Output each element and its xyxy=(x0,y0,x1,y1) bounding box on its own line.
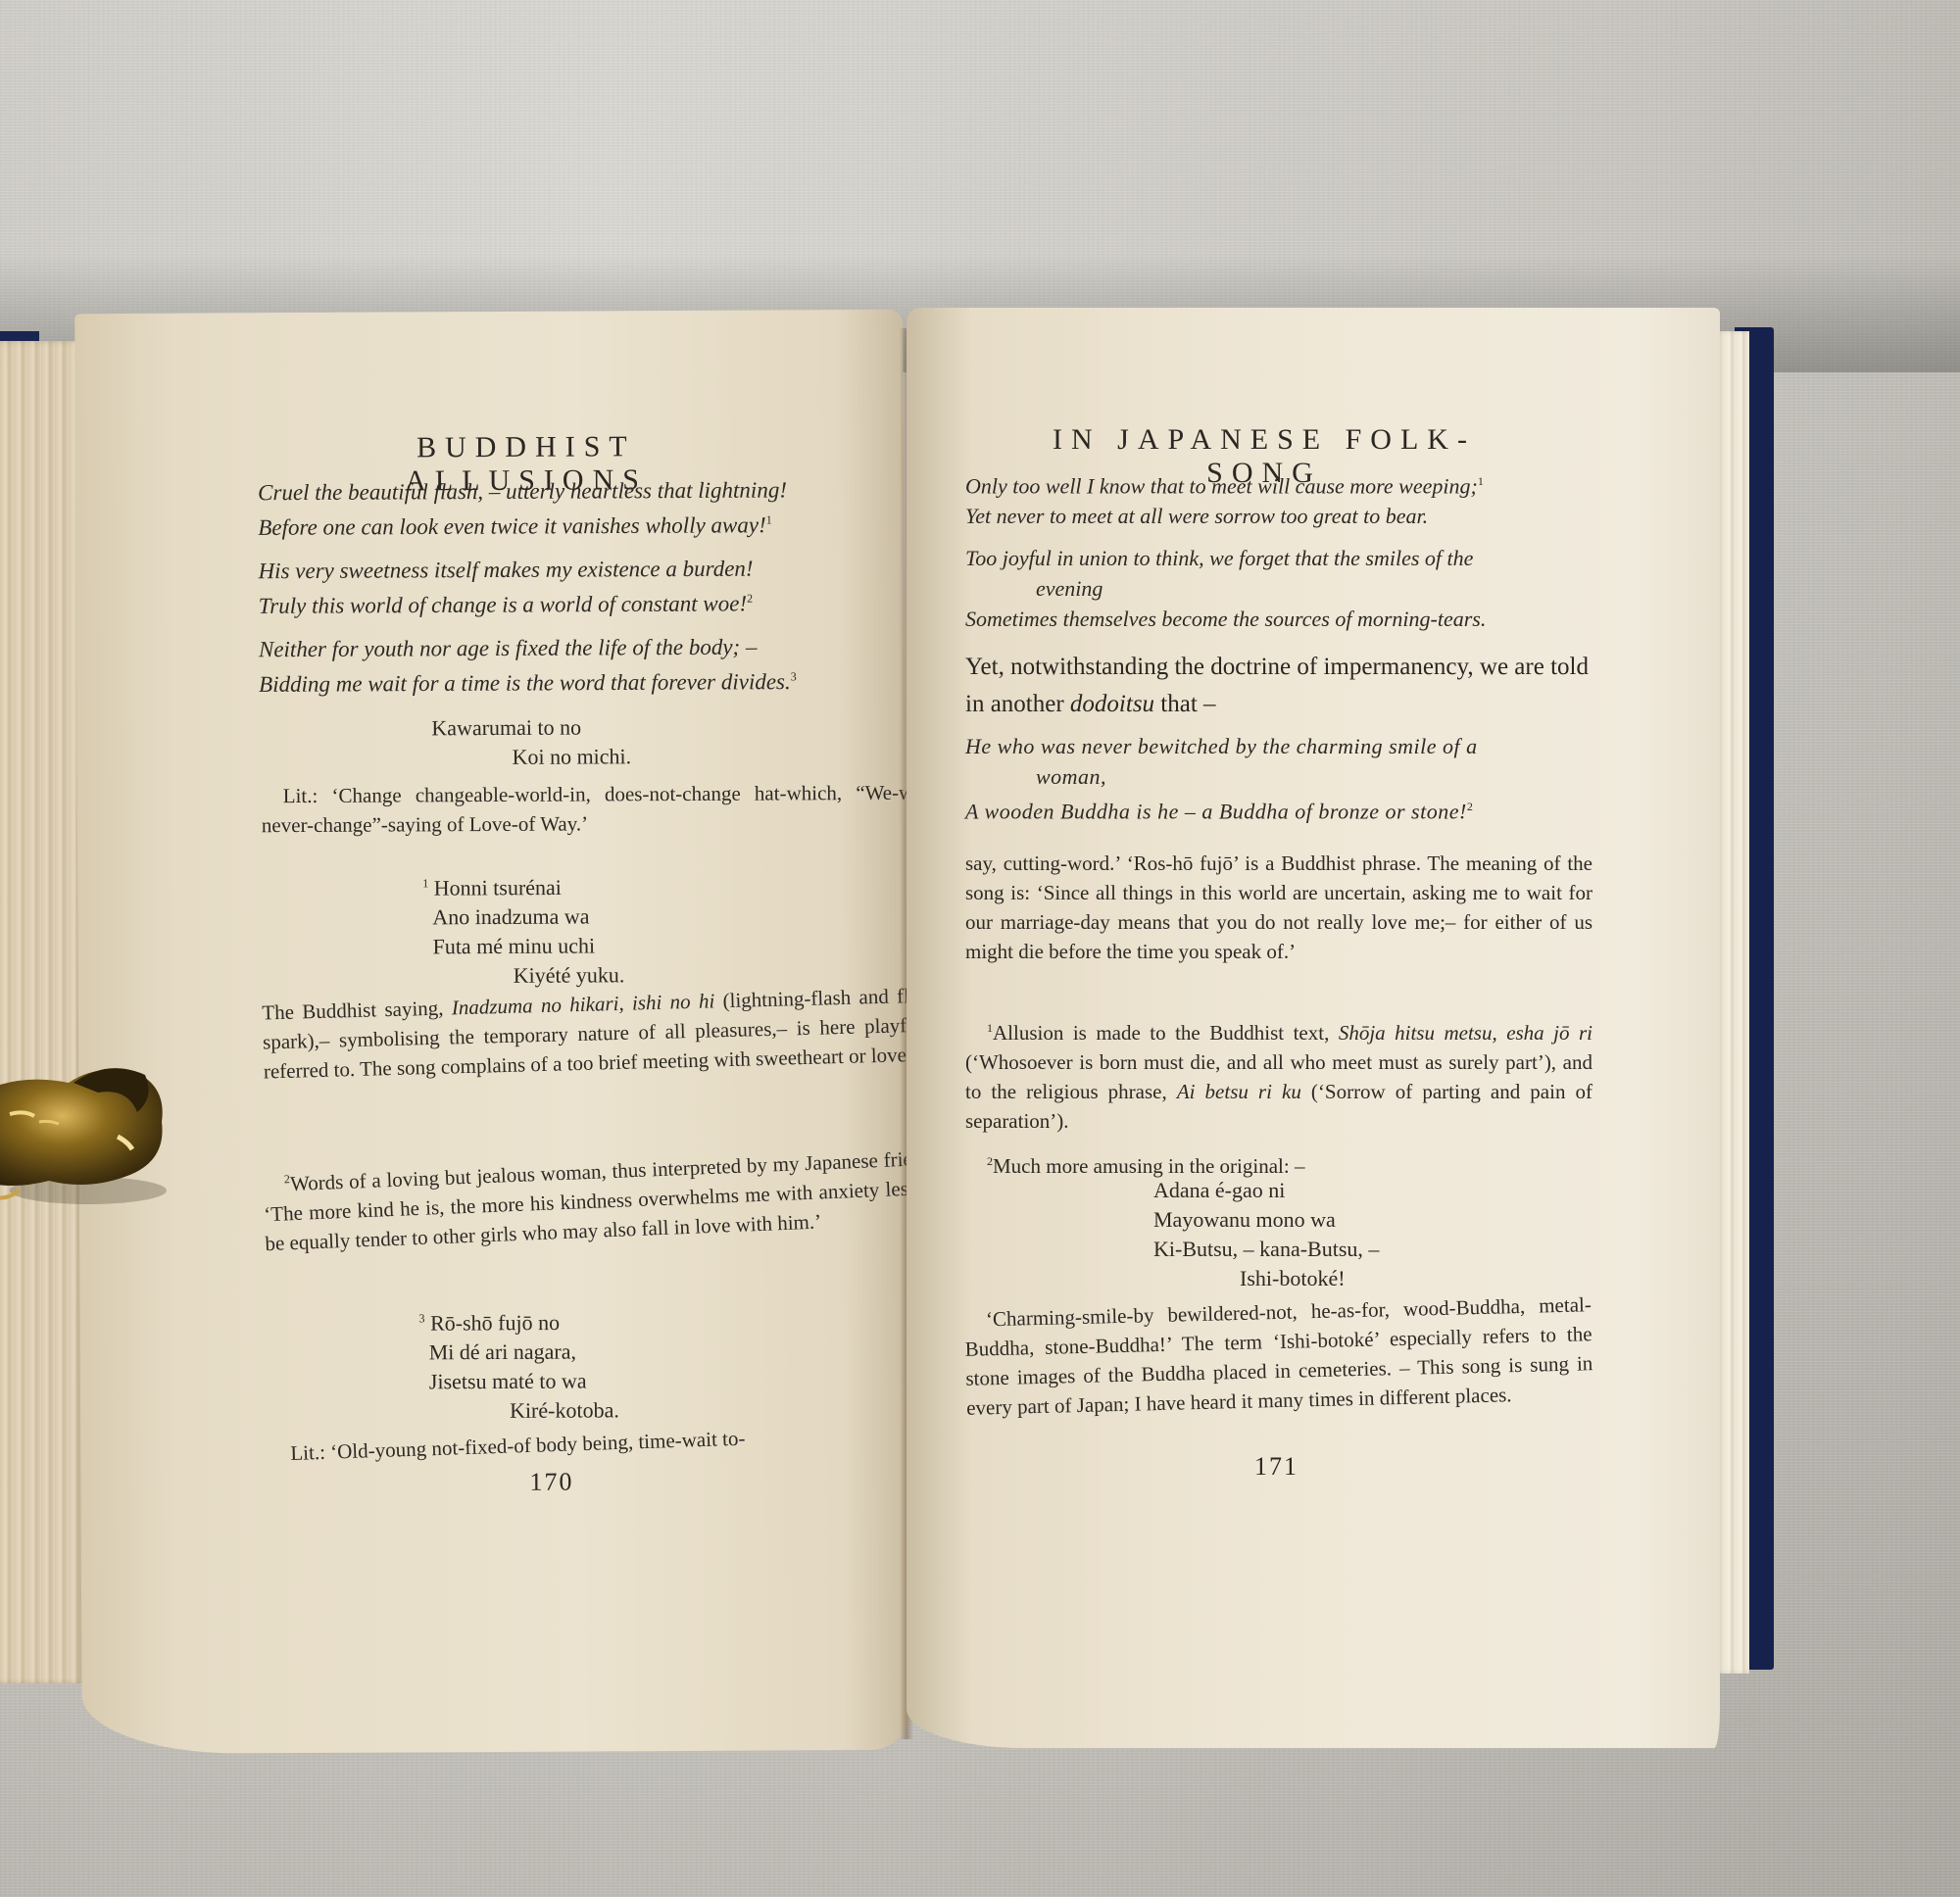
verse-line: Truly this world of change is a world of… xyxy=(259,584,754,621)
literal-translation-1: Lit.: ‘Change changeable-world-in, does-… xyxy=(262,778,938,841)
footnote-2-text: ‘Charming-smile-by bewildered-not, he-as… xyxy=(964,1289,1594,1423)
verse-line: Before one can look even twice it vanish… xyxy=(258,505,787,542)
page-stack-left xyxy=(0,341,83,1683)
footnote-1-right: 1Allusion is made to the Buddhist text, … xyxy=(965,1013,1592,1136)
verse-3: Neither for youth nor age is fixed the l… xyxy=(259,631,797,700)
footnote-2: 2Words of a loving but jealous woman, th… xyxy=(262,1139,941,1259)
brass-figurine-icon xyxy=(0,1044,176,1210)
body-paragraph: Yet, notwithstanding the doctrine of imp… xyxy=(965,649,1592,723)
footnote-1-romaji: 1 Honni tsurénai Ano inadzuma wa Futa mé… xyxy=(422,867,624,991)
page-number-right: 171 xyxy=(1254,1452,1298,1482)
verse-line: Neither for youth nor age is fixed the l… xyxy=(259,631,797,664)
verse-1: Cruel the beautiful flash, – utterly hea… xyxy=(258,474,787,542)
right-page: IN JAPANESE FOLK-SONG Only too well I kn… xyxy=(906,308,1720,1748)
verse-line: Bidding me wait for a time is the word t… xyxy=(259,661,797,700)
romaji-block-kawarumai: Kawarumai to no Koi no michi. xyxy=(431,712,631,772)
continued-footnote: say, cutting-word.’ ‘Ros-hō fujō’ is a B… xyxy=(965,849,1592,966)
left-page: BUDDHIST ALLUSIONS Cruel the beautiful f… xyxy=(74,310,910,1754)
verse-line: Cruel the beautiful flash, – utterly hea… xyxy=(258,474,787,508)
verse-2-right: Too joyful in union to think, we forget … xyxy=(965,543,1486,634)
verse-line: His very sweetness itself makes my exist… xyxy=(258,554,753,587)
verse-1-right: Only too well I know that to meet will c… xyxy=(965,466,1484,531)
page-number-left: 170 xyxy=(529,1468,573,1497)
footnote-3-romaji: 3 Rō-shō fujō no Mi dé ari nagara, Jiset… xyxy=(418,1302,618,1426)
footnote-1-text: The Buddhist saying, Inadzuma no hikari,… xyxy=(262,980,940,1086)
footnote-2-romaji: Adana é-gao ni Mayowanu mono wa Ki-Butsu… xyxy=(1153,1176,1379,1293)
verse-3-right: He who was never bewitched by the charmi… xyxy=(965,731,1478,826)
verse-2: His very sweetness itself makes my exist… xyxy=(258,554,753,621)
